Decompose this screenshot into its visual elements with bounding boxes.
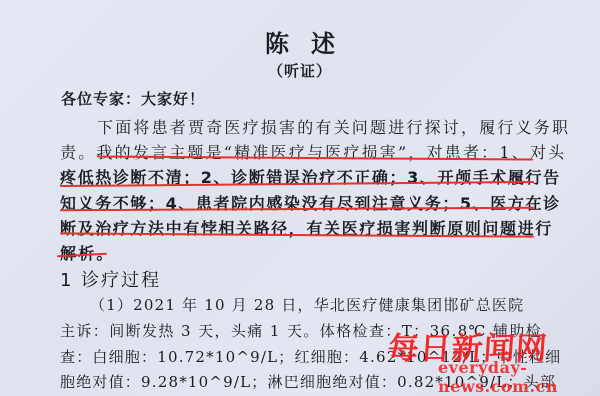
document-page: 陈述 （听证） 各位专家：大家好！ 下面将患者贾奇医疗损害的有关问题进行探讨，履…	[0, 0, 600, 396]
section-line-1: （1）2021 年 10 月 28 日，华北医疗健康集团邯矿总医院	[90, 294, 524, 315]
document-subtitle: （听证）	[0, 60, 600, 81]
document-title: 陈述	[0, 24, 600, 59]
greeting: 各位专家：大家好！	[61, 88, 205, 109]
paragraph-line-1: 下面将患者贾奇医疗损害的有关问题进行探讨，履行义务职	[97, 115, 570, 138]
section-heading: 1 诊疗过程	[60, 266, 161, 292]
watermark-url: everyday-news.com.cn	[438, 358, 600, 396]
